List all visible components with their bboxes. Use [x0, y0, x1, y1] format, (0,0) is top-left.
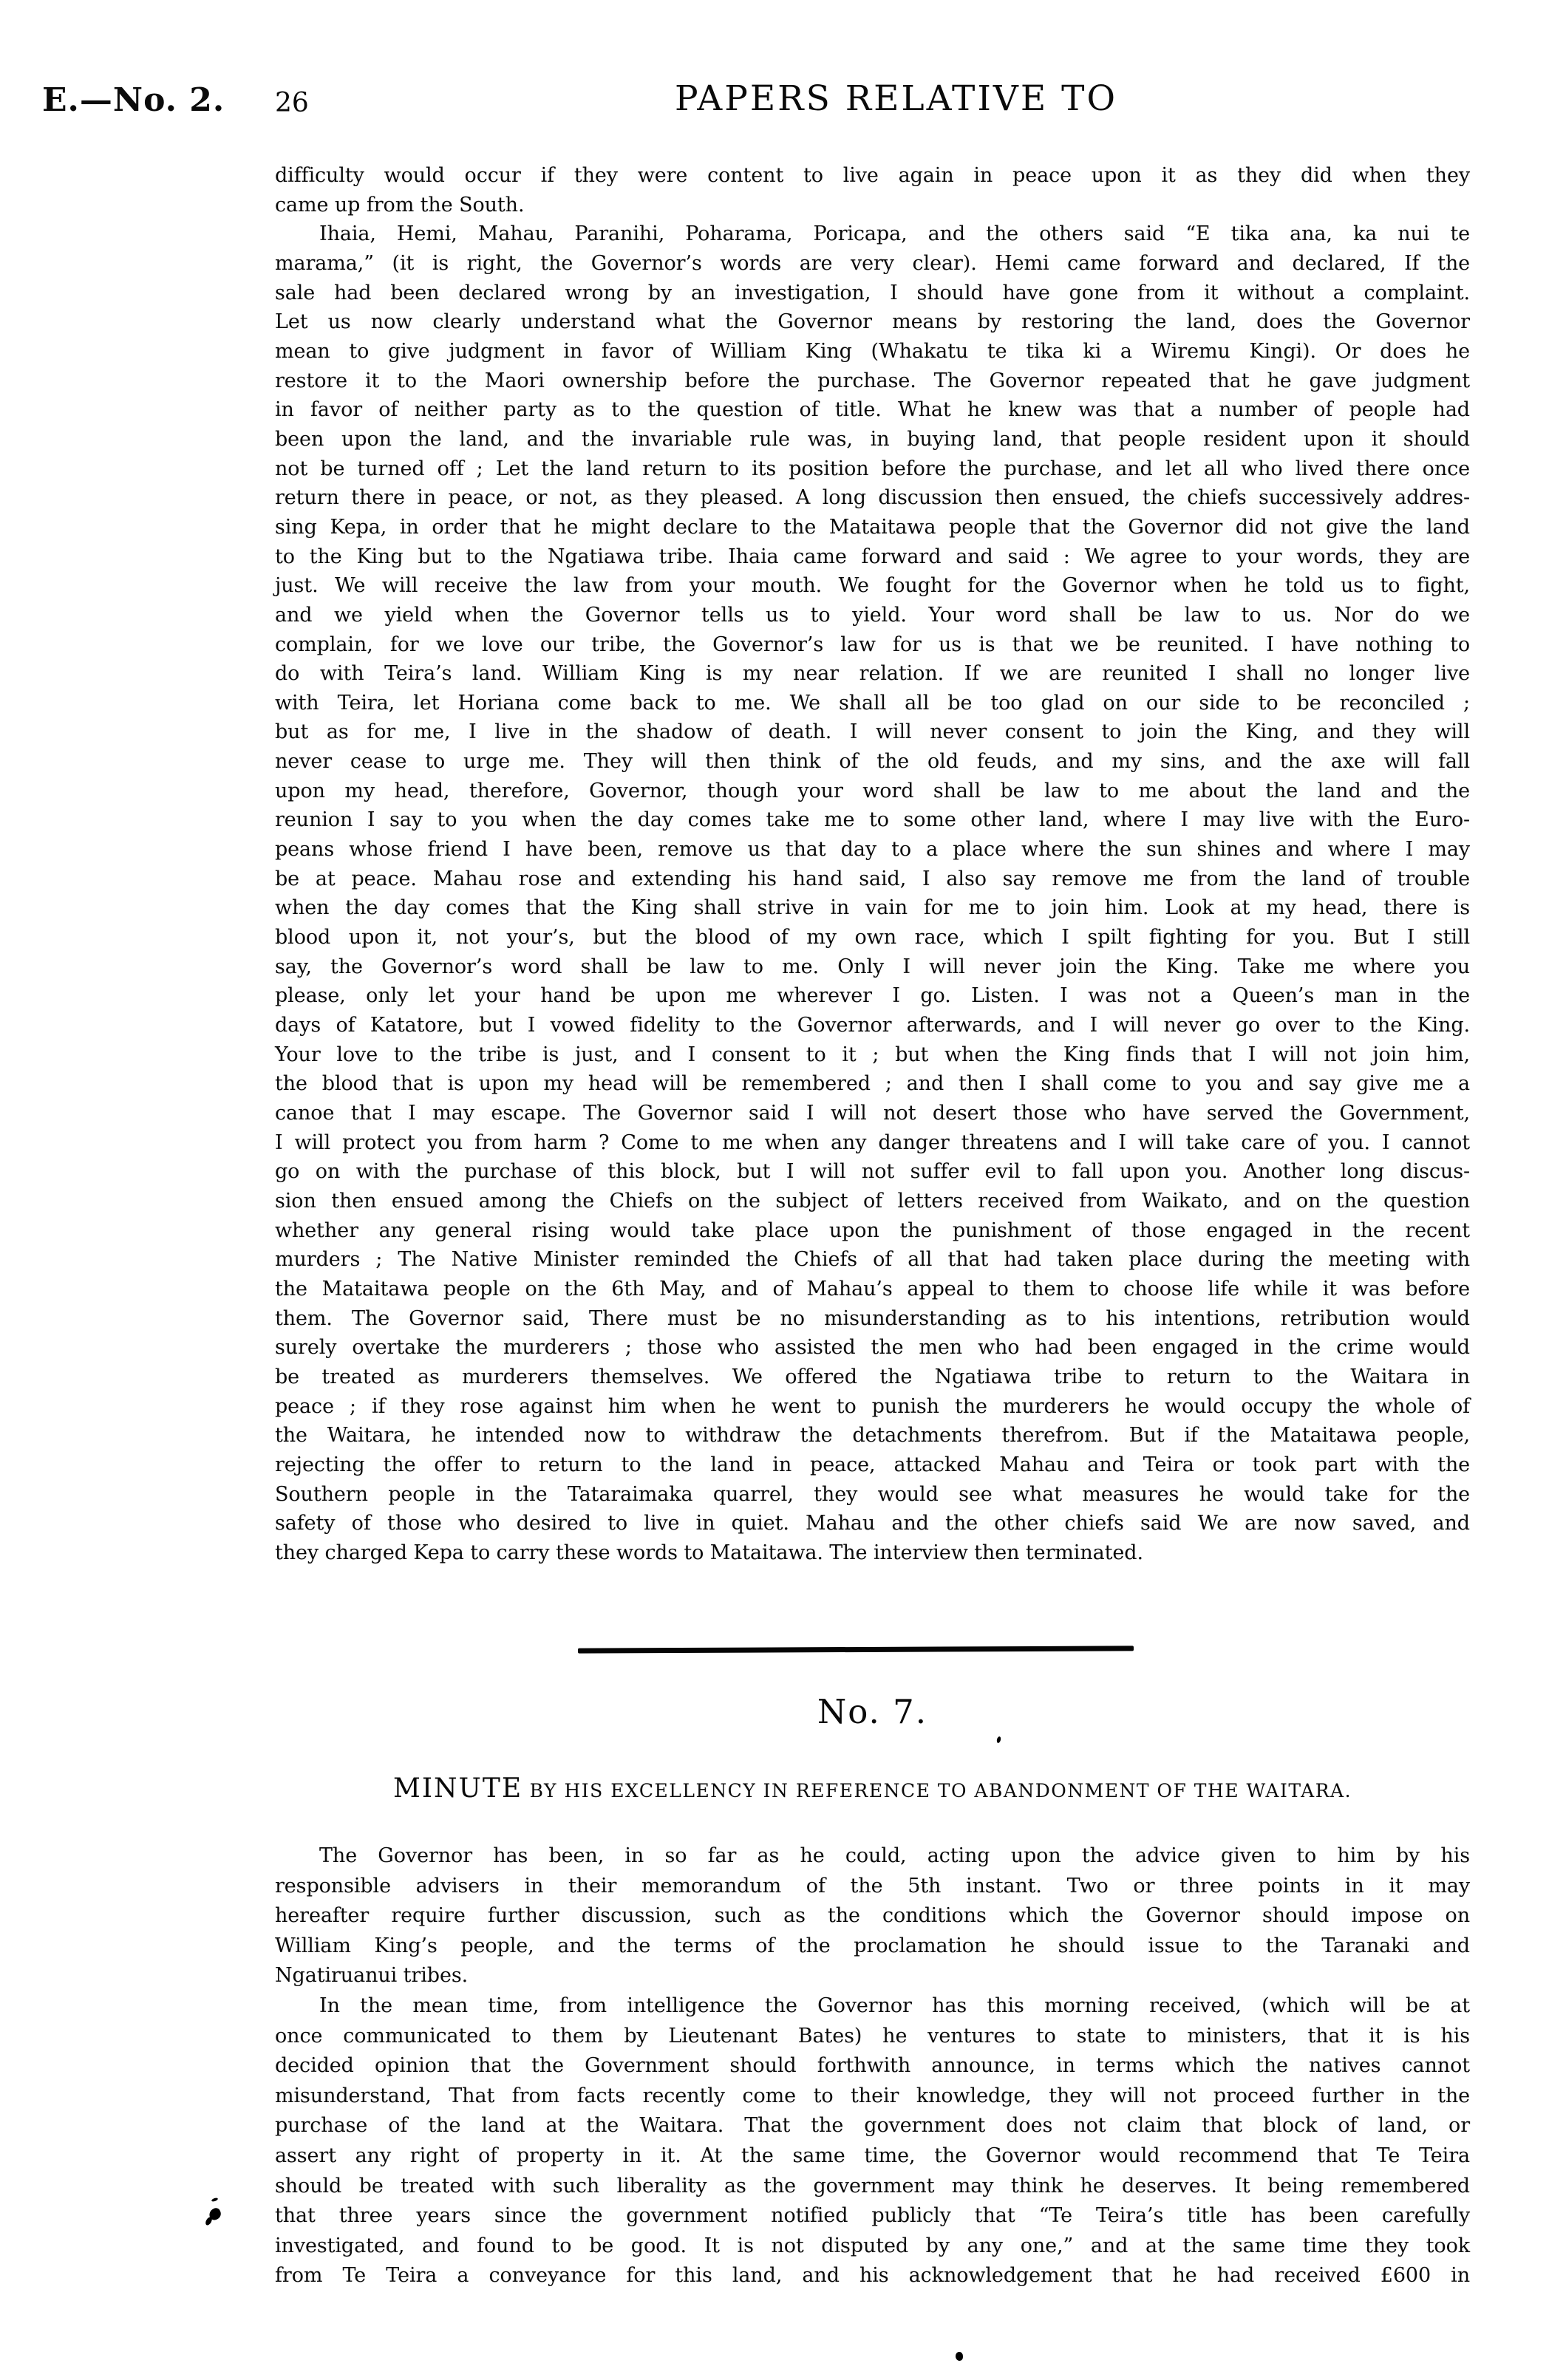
text-line: reunion I say to you when the day comes …	[275, 805, 1470, 835]
text-line: and we yield when the Governor tells us …	[275, 601, 1470, 630]
ink-speck-mid	[996, 1736, 1001, 1744]
text-line: difficulty would occur if they were cont…	[275, 161, 1470, 191]
text-line: peans whose friend I have been, remove u…	[275, 835, 1470, 865]
text-line: never cease to urge me. They will then t…	[275, 747, 1470, 777]
ink-blot-tick	[211, 2197, 219, 2203]
text-line: that three years since the government no…	[275, 2201, 1470, 2231]
text-line: restore it to the Maori ownership before…	[275, 366, 1470, 396]
text-line: be at peace. Mahau rose and extending hi…	[275, 865, 1470, 894]
text-line: hereafter require further discussion, su…	[275, 1901, 1470, 1931]
text-line: purchase of the land at the Waitara. Tha…	[275, 2111, 1470, 2141]
report-body: difficulty would occur if they were cont…	[275, 161, 1470, 1568]
text-line: William King’s people, and the terms of …	[275, 1931, 1470, 1962]
text-line: came up from the South.	[275, 191, 1470, 220]
text-line: In the mean time, from intelligence the …	[275, 1991, 1470, 2022]
text-line: do with Teira’s land. William King is my…	[275, 659, 1470, 689]
text-line: I will protect you from harm ? Come to m…	[275, 1128, 1470, 1158]
text-line: mean to give judgment in favor of Willia…	[275, 337, 1470, 366]
minute-title: MINUTE BY HIS EXCELLENCY IN REFERENCE TO…	[275, 1773, 1470, 1804]
text-line: Ngatiruanui tribes.	[275, 1961, 1470, 1991]
section-divider-rule	[578, 1646, 1134, 1653]
running-title: PAPERS RELATIVE TO	[299, 78, 1494, 119]
minute-title-lead: MINUTE	[393, 1773, 522, 1804]
text-line: Your love to the tribe is just, and I co…	[275, 1040, 1470, 1070]
text-line: say, the Governor’s word shall be law to…	[275, 952, 1470, 982]
text-line: they charged Kepa to carry these words t…	[275, 1538, 1470, 1568]
text-line: not be turned off ; Let the land return …	[275, 454, 1470, 484]
document-reference: E.—No. 2.	[42, 81, 225, 119]
text-line: investigated, and found to be good. It i…	[275, 2231, 1470, 2262]
text-line: safety of those who desired to live in q…	[275, 1509, 1470, 1538]
text-line: The Governor has been, in so far as he c…	[275, 1841, 1470, 1872]
text-line: should be treated with such liberality a…	[275, 2172, 1470, 2202]
text-line: please, only let your hand be upon me wh…	[275, 981, 1470, 1011]
text-line: the Mataitawa people on the 6th May, and…	[275, 1275, 1470, 1304]
text-line: marama,” (it is right, the Governor’s wo…	[275, 249, 1470, 279]
minute-title-rest: BY HIS EXCELLENCY IN REFERENCE TO ABANDO…	[522, 1780, 1352, 1801]
text-line: Ihaia, Hemi, Mahau, Paranihi, Poharama, …	[275, 219, 1470, 249]
text-line: responsible advisers in their memorandum…	[275, 1872, 1470, 1902]
ink-speck-bottom	[956, 2352, 963, 2361]
text-line: upon my head, therefore, Governor, thoug…	[275, 777, 1470, 806]
text-line: been upon the land, and the invariable r…	[275, 425, 1470, 454]
text-line: sion then ensued among the Chiefs on the…	[275, 1187, 1470, 1216]
text-line: misunderstand, That from facts recently …	[275, 2081, 1470, 2112]
text-line: go on with the purchase of this block, b…	[275, 1157, 1470, 1187]
text-line: in favor of neither party as to the ques…	[275, 395, 1470, 425]
text-line: sing Kepa, in order that he might declar…	[275, 513, 1470, 542]
ink-blot-tail	[204, 2216, 213, 2226]
text-line: murders ; The Native Minister reminded t…	[275, 1245, 1470, 1275]
text-line: the blood that is upon my head will be r…	[275, 1069, 1470, 1099]
text-line: days of Katatore, but I vowed fidelity t…	[275, 1011, 1470, 1040]
text-line: decided opinion that the Government shou…	[275, 2051, 1470, 2081]
text-line: but as for me, I live in the shadow of d…	[275, 717, 1470, 747]
text-line: complain, for we love our tribe, the Gov…	[275, 630, 1470, 660]
text-line: from Te Teira a conveyance for this land…	[275, 2261, 1470, 2291]
text-line: return there in peace, or not, as they p…	[275, 483, 1470, 513]
text-line: just. We will receive the law from your …	[275, 571, 1470, 601]
text-line: canoe that I may escape. The Governor sa…	[275, 1099, 1470, 1128]
text-line: peace ; if they rose against him when he…	[275, 1392, 1470, 1422]
text-line: blood upon it, not your’s, but the blood…	[275, 923, 1470, 952]
text-line: Southern people in the Tataraimaka quarr…	[275, 1480, 1470, 1510]
text-line: when the day comes that the King shall s…	[275, 893, 1470, 923]
text-line: with Teira, let Horiana come back to me.…	[275, 689, 1470, 718]
minute-body: The Governor has been, in so far as he c…	[275, 1841, 1470, 2291]
text-line: assert any right of property in it. At t…	[275, 2141, 1470, 2172]
text-line: be treated as murderers themselves. We o…	[275, 1363, 1470, 1392]
text-line: Let us now clearly understand what the G…	[275, 307, 1470, 337]
text-line: rejecting the offer to return to the lan…	[275, 1450, 1470, 1480]
text-line: once communicated to them by Lieutenant …	[275, 2022, 1470, 2052]
text-line: sale had been declared wrong by an inves…	[275, 279, 1470, 308]
scanned-document-page: E.—No. 2. 26 PAPERS RELATIVE TO difficul…	[0, 0, 1549, 2380]
text-line: surely overtake the murderers ; those wh…	[275, 1333, 1470, 1363]
text-line: the Waitara, he intended now to withdraw…	[275, 1421, 1470, 1450]
section-number-heading: No. 7.	[275, 1692, 1470, 1731]
text-line: whether any general rising would take pl…	[275, 1216, 1470, 1246]
text-line: them. The Governor said, There must be n…	[275, 1304, 1470, 1334]
text-line: to the King but to the Ngatiawa tribe. I…	[275, 542, 1470, 572]
